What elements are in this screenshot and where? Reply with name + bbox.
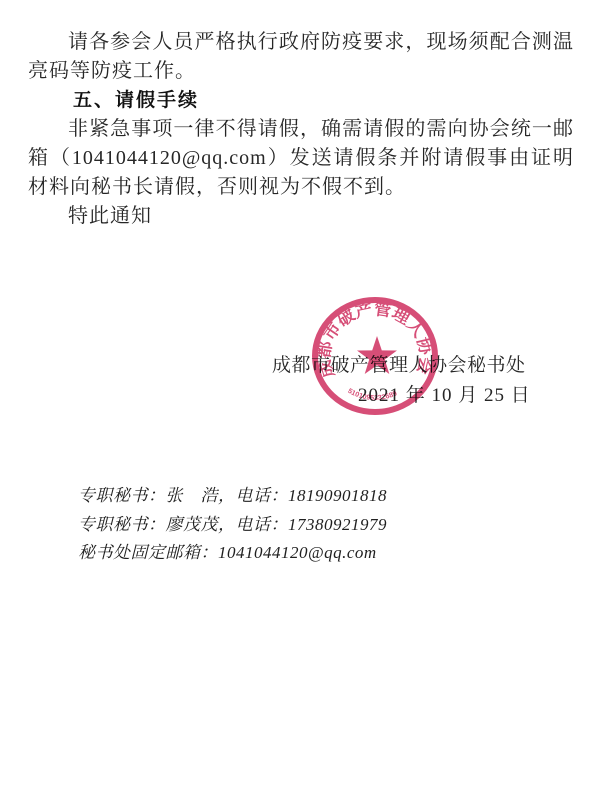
- section-heading-leave-procedure: 五、请假手续: [73, 86, 574, 115]
- paragraph-leave-rules: 非紧急事项一律不得请假，确需请假的需向协会统一邮箱（1041044120@qq.…: [28, 115, 574, 202]
- document-page: 请各参会人员严格执行政府防疫要求，现场须配合测温亮码等防疫工作。 五、请假手续 …: [0, 0, 600, 797]
- contact-line-office-email: 秘书处固定邮箱：1041044120@qq.com: [78, 539, 387, 568]
- signature-organization: 成都市破产管理人协会秘书处: [272, 350, 526, 377]
- contact-line-secretary-zhang: 专职秘书：张 浩，电话：18190901818: [78, 482, 387, 511]
- signature-date: 2021 年 10 月 25 日: [358, 380, 531, 407]
- notice-closing: 特此通知: [28, 202, 574, 231]
- paragraph-covid-requirements: 请各参会人员严格执行政府防疫要求，现场须配合测温亮码等防疫工作。: [28, 28, 574, 86]
- contact-block: 专职秘书：张 浩，电话：18190901818 专职秘书：廖茂茂，电话：1738…: [78, 482, 387, 568]
- document-body: 请各参会人员严格执行政府防疫要求，现场须配合测温亮码等防疫工作。 五、请假手续 …: [0, 0, 600, 231]
- contact-line-secretary-liao: 专职秘书：廖茂茂，电话：17380921979: [78, 511, 387, 540]
